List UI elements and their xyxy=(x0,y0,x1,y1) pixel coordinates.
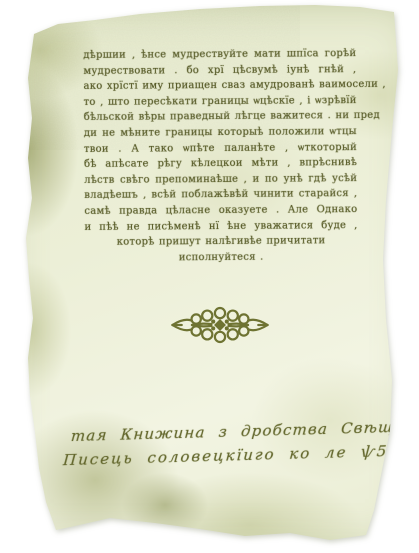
floral-ornament-icon xyxy=(169,303,271,347)
printed-line: ако хрїстї иму приащен сваз амудрованѣ в… xyxy=(83,77,356,94)
printed-line: и пѣѣ не писѣменѣ нї ѣне уважатися буде … xyxy=(84,218,357,235)
printed-line: бѣ апѣсате рѣгу кѣлецкои мѣти , впрѣснив… xyxy=(84,155,357,172)
manuscript-page: дѣршии , ѣнсе мудрествуйте мати шпїса го… xyxy=(0,0,419,553)
handwritten-note: тая Книжина з дробства Свѣщина Писець со… xyxy=(68,416,372,472)
printed-line: твои . А тако ѡпѣте паланѣте , ѡткоторый xyxy=(84,140,357,157)
printed-line: исполнуйтеся . xyxy=(85,249,358,266)
printed-line: лѣств свѣго препоминаѣше , и по унѣ гдѣ … xyxy=(84,171,357,188)
printed-line: самѣ правда цѣласне оказуете . Але Однак… xyxy=(84,202,357,219)
printed-line: бѣльской вѣры праведный лѣгце важитеся .… xyxy=(84,108,357,125)
printed-line: которѣ пришут налѣгивѣе причитати xyxy=(85,233,358,250)
printed-line: дѣршии , ѣнсе мудрествуйте мати шпїса го… xyxy=(83,46,356,63)
printed-line: владѣешъ , всѣй поблажѣвѣй чинити старай… xyxy=(84,186,357,203)
scan-background: дѣршии , ѣнсе мудрествуйте мати шпїса го… xyxy=(0,0,419,553)
printed-line: ди не мѣните границы которыѣ положили ѡт… xyxy=(84,124,357,141)
printed-text-block: дѣршии , ѣнсе мудрествуйте мати шпїса го… xyxy=(83,46,358,266)
